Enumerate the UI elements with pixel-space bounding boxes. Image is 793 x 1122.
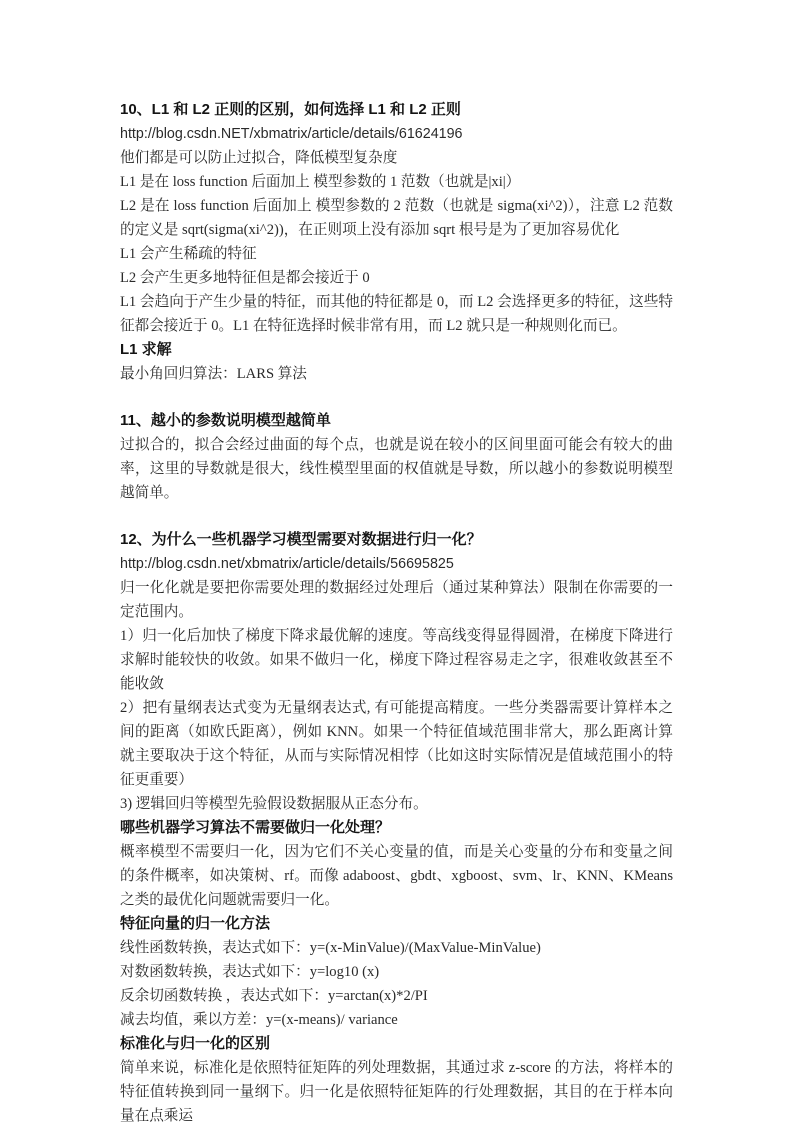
paragraph: 他们都是可以防止过拟合，降低模型复杂度 — [120, 146, 673, 170]
paragraph: 最小角回归算法：LARS 算法 — [120, 362, 673, 386]
paragraph: 1）归一化后加快了梯度下降求最优解的速度。等高线变得显得圆滑，在梯度下降进行求解… — [120, 624, 673, 696]
section-11-heading: 11、越小的参数说明模型越简单 — [120, 409, 673, 433]
section-11-smaller-params: 11、越小的参数说明模型越简单 过拟合的，拟合会经过曲面的每个点，也就是说在较小… — [120, 409, 673, 505]
paragraph: L1 会产生稀疏的特征 — [120, 242, 673, 266]
paragraph: 线性函数转换，表达式如下：y=(x-MinValue)/(MaxValue-Mi… — [120, 936, 673, 960]
paragraph: L2 会产生更多地特征但是都会接近于 0 — [120, 266, 673, 290]
document-page: 10、L1 和 L2 正则的区别，如何选择 L1 和 L2 正则 http://… — [0, 0, 793, 1122]
paragraph: 简单来说，标准化是依照特征矩阵的列处理数据，其通过求 z-score 的方法，将… — [120, 1056, 673, 1122]
paragraph: 减去均值，乘以方差：y=(x-means)/ variance — [120, 1008, 673, 1032]
subheading-no-normalization-needed: 哪些机器学习算法不需要做归一化处理？ — [120, 816, 673, 840]
section-12-heading: 12、为什么一些机器学习模型需要对数据进行归一化？ — [120, 528, 673, 552]
subheading-feature-vector-methods: 特征向量的归一化方法 — [120, 912, 673, 936]
paragraph: 2）把有量纲表达式变为无量纲表达式, 有可能提高精度。一些分类器需要计算样本之间… — [120, 696, 673, 792]
article-url: http://blog.csdn.net/xbmatrix/article/de… — [120, 552, 673, 576]
paragraph: L1 是在 loss function 后面加上 模型参数的 1 范数（也就是|… — [120, 170, 673, 194]
subheading-l1-solve: L1 求解 — [120, 338, 673, 362]
section-12-normalization: 12、为什么一些机器学习模型需要对数据进行归一化？ http://blog.cs… — [120, 528, 673, 1122]
section-10-l1-l2-difference: 10、L1 和 L2 正则的区别，如何选择 L1 和 L2 正则 http://… — [120, 98, 673, 386]
paragraph: 反余切函数转换 ，表达式如下：y=arctan(x)*2/PI — [120, 984, 673, 1008]
paragraph: 概率模型不需要归一化，因为它们不关心变量的值，而是关心变量的分布和变量之间的条件… — [120, 840, 673, 912]
paragraph: 归一化化就是要把你需要处理的数据经过处理后（通过某种算法）限制在你需要的一定范围… — [120, 576, 673, 624]
paragraph: 对数函数转换，表达式如下：y=log10 (x) — [120, 960, 673, 984]
article-url: http://blog.csdn.NET/xbmatrix/article/de… — [120, 122, 673, 146]
paragraph: L1 会趋向于产生少量的特征，而其他的特征都是 0，而 L2 会选择更多的特征，… — [120, 290, 673, 338]
subheading-standardization-vs-normalization: 标准化与归一化的区别 — [120, 1032, 673, 1056]
paragraph: 过拟合的，拟合会经过曲面的每个点，也就是说在较小的区间里面可能会有较大的曲率，这… — [120, 433, 673, 505]
paragraph: L2 是在 loss function 后面加上 模型参数的 2 范数（也就是 … — [120, 194, 673, 242]
section-10-heading: 10、L1 和 L2 正则的区别，如何选择 L1 和 L2 正则 — [120, 98, 673, 122]
paragraph: 3) 逻辑回归等模型先验假设数据服从正态分布。 — [120, 792, 673, 816]
